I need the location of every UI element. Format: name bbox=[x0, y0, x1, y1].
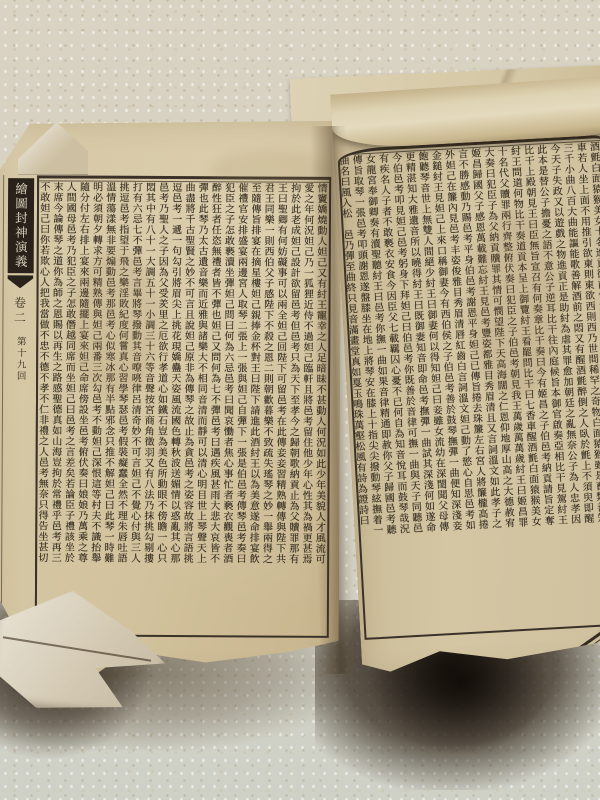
right-text-block: 酒氈白面猿猴美女十名進貢御前代父贖罪此七香車乃軒轅皇帝破蚩尤於北海遺下之車若人坐… bbox=[337, 135, 600, 640]
text-column: 至隨傳旨排宴在摘星樓妲己親捧金杯對王曰陛下請進此酒紂王以為美意遂命排宴飲 bbox=[246, 182, 262, 633]
fishtail-mark bbox=[7, 275, 33, 288]
text-column: 王曰聖卿有何妨礙事可以兩全妲己回陛下可留邑考在此傳妾妾習精熟轉傳與陛下共 bbox=[272, 183, 288, 634]
text-column: 挑逗邑考指望于飛之樂淫敗紀度何嘗真心習學琴瑟邑考假裝癡蠢全然不理朱唇吐語 bbox=[114, 182, 130, 633]
text-column: 君王同樂一則西伯父子感陛下不殺之恩二則朝歡暮樂不致疏失瑤琴之妙一舉兩得之 bbox=[259, 183, 275, 634]
chapter-label: 第十九回 bbox=[13, 336, 27, 382]
spine-title-strip: 繪圖封神演義 卷二 第十九回 bbox=[1, 175, 38, 637]
text-column: 打有六忌七不彈邑考言畢將琴撥動其音嘹喨律呂清奇妙不可言妲己不覺心付與三人 bbox=[127, 182, 143, 633]
text-column: 悶其中有八十一大調五十一小調三十六等音聲按宮商角徵羽又有八法乃抹挑勾剔摟 bbox=[140, 182, 156, 633]
text-column: 愛之年何況妲己乃一狐狸近侍不過妲己臨軒且將邑考留住他少年心性其為禍更甚焉 bbox=[298, 183, 314, 634]
text-column: 醉性狂者任恣無禮者皆不彈也妲己又問何為七不彈邑考曰遇疾風甚雨大悲大哀皆不 bbox=[206, 182, 222, 633]
text-column: 催禮官安排盛宴兩邊宮人取琴二張上一張與妲己自彈下一張是伯邑考傳琴邑考奏曰 bbox=[232, 182, 248, 633]
text-column: 情竇嬌燒動人妲己又有紂王寵幸之人足暗昧不甚動人何況如此少年美貌人才風流可 bbox=[312, 183, 328, 634]
left-text-block: 情竇嬌燒動人妲己又有紂王寵幸之人足暗昧不甚動人何況如此少年美貌人才風流可愛之年何… bbox=[35, 175, 331, 638]
text-column: 隨分付左右排上宴來兩邊隨擺上宴來妲己命席傍設坐邑考俯伏奏曰娘娘乃萬乘之尊 bbox=[74, 182, 90, 633]
book-title-block: 繪圖封神演義 bbox=[7, 178, 33, 273]
text-column: 溫情蕩漾無非要煽動邑考那邑考心似寒冰那有半點邪念只推不解妲己曰此琴一時難 bbox=[100, 182, 116, 633]
right-page: 酒氈白面猿猴美女十名進貢御前代父贖罪此七香車乃軒轅皇帝破蚩尤於北海遺下之車若人坐… bbox=[330, 76, 600, 679]
volume-label: 卷二 bbox=[11, 296, 28, 326]
photo-of-old-chinese-book: { "colors": { "table_surface": "#d6cfc0"… bbox=[0, 0, 600, 800]
text-column: 曲盡將千古聖賢之妙不可言且說妲己原非為傳琴之故止為貪邑考之姿容故將言語挑 bbox=[180, 182, 196, 633]
text-column: 人間國母邑考乃犯臣之子怎敢僭越同席而坐妲己曰邑考之言差矣若論臣子禮該坐於 bbox=[61, 181, 77, 632]
text-column: 末席今論傳琴之道你為師之恩賜以再生之路感聖德真如山海豈拘於常禮乎邑考再三 bbox=[48, 181, 64, 632]
text-column: 拘於此老成妲己設計欲留邑考但邑考只為天下至孝今之歸朝歌納貢止為父贖罪那有 bbox=[285, 183, 301, 634]
left-page: 繪圖封神演義 卷二 第十九回 情竇嬌燒動人妲己又有紂王寵幸之人足暗昧不甚動人何況… bbox=[0, 119, 341, 683]
text-column: 犯臣之子怎敢褻瀆坐彈妲己問曰何為六忌邑考曰聞哀慟者焦心事忙者褻衣觀喪者酒 bbox=[219, 182, 235, 633]
text-column: 逗邑考一遞一句勾引將眉尖上挑花現嬌蠱天姿風流國色轉秋波送媚情以惑亂其心那 bbox=[166, 182, 182, 633]
text-column: 彈也此琴乃太古遺音樂而近雅與諸樂大不相同音清而靜可以清心明目世上琴聲天上 bbox=[193, 182, 209, 633]
left-text-columns: 情竇嬌燒動人妲己又有紂王寵幸之人足暗昧不甚動人何況如此少年美貌人才風流可愛之年何… bbox=[39, 181, 327, 633]
text-column: 明必須朝夕轉求方可精熟傳與妲己兩番三次勾邑考不動妲己深恨這等村夫不識抬舉 bbox=[87, 182, 103, 633]
right-text-columns: 酒氈白面猿猴美女十名進貢御前代父贖罪此七香車乃軒轅皇帝破蚩尤於北海遺下之車若人坐… bbox=[342, 141, 600, 636]
text-column: 邑考乃聖人之子因為父受羑里之厄欲行孝道心如鐵石豈為美色所動眼不傍瞻一心只 bbox=[153, 182, 169, 633]
